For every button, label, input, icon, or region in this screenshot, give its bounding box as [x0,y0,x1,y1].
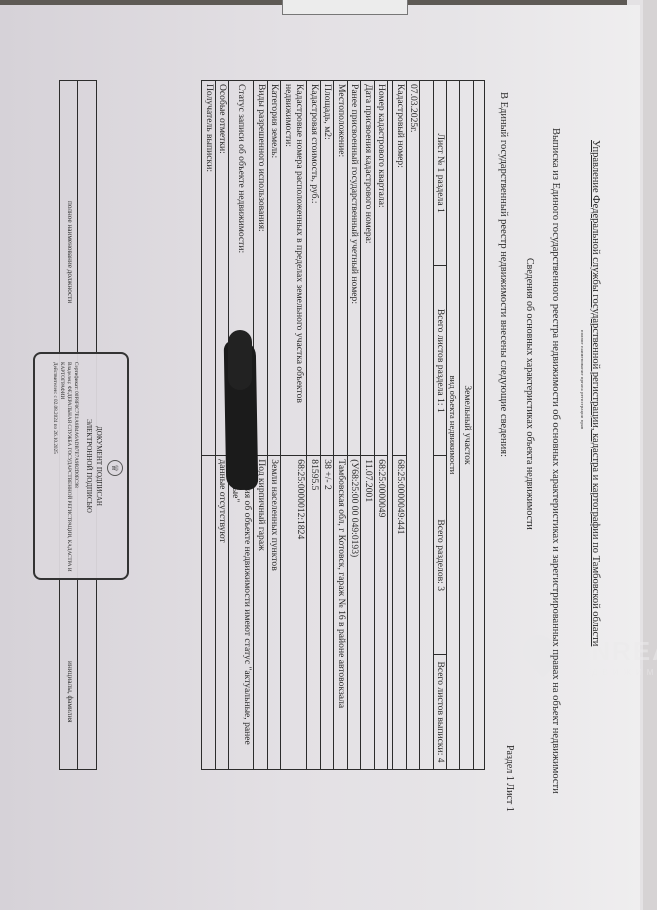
stamp-line1: ДОКУМЕНТ ПОДПИСАН [95,354,103,578]
stamp-owner: Владелец: ФЕДЕРАЛЬНАЯ СЛУЖБА ГОСУДАРСТВЕ… [58,362,72,574]
row-value: 81595.5 [307,456,321,770]
row-label: Кадастровая стоимость, руб.: [307,81,321,456]
watermark: ONREALT НЕДВИЖИМОСТЬ [519,630,657,690]
row-value: 68:25:0000049 [375,456,389,770]
watermark-tagline: НЕДВИЖИМОСТЬ [571,668,657,677]
row-value: 38 +/- 2 [321,456,335,770]
table-row: Дата присвоения кадастрового номера: 11.… [361,81,375,770]
row-label: Дата присвоения кадастрового номера: [361,81,375,456]
table-row: Площадь, м2: 38 +/- 2 [321,81,335,770]
authority-caption: полное наименование органа регистрации п… [580,330,585,429]
row-value: Тамбовская обл, г Котовск, гараж № 16 в … [334,456,348,770]
stamp-valid: Действителен: с 02.08.2024 по 26.10.2025 [51,362,58,574]
electronic-signature-stamp: ♕ ДОКУМЕНТ ПОДПИСАН ЭЛЕКТРОННОЙ ПОДПИСЬЮ… [33,352,129,580]
sections-total: Всего разделов: 3 [434,456,448,655]
table-spacer [474,81,485,770]
sheets-in-section: Всего листов раздела 1: 1 [434,266,448,456]
position-caption: полное наименование должности [66,201,74,303]
row-label: Категория земель: [268,81,282,456]
table-spacer [388,81,393,770]
row-label: Получатель выписки: [202,81,216,456]
object-type: Земельный участок [460,81,474,770]
stamp-line2: ЭЛЕКТРОННОЙ ПОДПИСЬЮ [85,354,93,578]
table-row: Получатель выписки: [202,81,216,770]
row-value: 11.07.2001 [361,456,375,770]
sheets-total: Всего листов выписки: 4 [434,655,448,770]
row-value: Земли населенных пунктов [268,456,282,770]
row-label: Кадастровые номера расположенных в преде… [281,81,307,456]
row-label: Местоположение: [334,81,348,456]
watermark-brand: ONREALT [569,636,657,667]
extract-date: 07.03.2025г. [407,81,421,770]
intro-text: В Единый государственный реестр недвижим… [498,92,509,457]
row-value: данные отсутствуют [216,456,230,770]
document-title: Выписка из Единого государственного реес… [550,128,561,794]
row-label: Площадь, м2: [321,81,335,456]
redaction-mark [228,330,252,390]
row-value: Под кирпичный гараж [254,456,268,770]
row-value [202,456,216,770]
table-row: Ранее присвоенный государственный учетны… [348,81,362,770]
table-row: Кадастровые номера расположенных в преде… [281,81,307,770]
section-sheet-label: Раздел 1 Лист 1 [504,745,515,812]
table-row: Местоположение: Тамбовская обл, г Котовс… [334,81,348,770]
table-row: Кадастровая стоимость, руб.: 81595.5 [307,81,321,770]
row-label: Номер кадастрового квартала: [375,81,389,456]
row-value: Сведения об объекте недвижимости имеют с… [229,456,254,770]
name-caption: инициалы, фамилия [66,661,74,722]
row-label: Ранее присвоенный государственный учетны… [348,81,362,456]
stamp-meta: Сертификат: 00F8F0C7E1A8B4A6ADB7E7A9B2D0… [51,362,79,574]
table-row: Категория земель: Земли населенных пункт… [268,81,282,770]
row-value: (У68:25:00 00 049:0193) [348,456,362,770]
table-row: Кадастровый номер: 68:25:0000049:441 [393,81,407,770]
table-row: Номер кадастрового квартала: 68:25:00000… [375,81,389,770]
sheet-label: Лист № 1 раздела 1 [434,81,448,266]
stamp-certificate: Сертификат: 00F8F0C7E1A8B4A6ADB7E7A9B2D0… [72,362,79,574]
egrn-extract-document: ONREALT НЕДВИЖИМОСТЬ Управление Федераль… [0,0,657,910]
row-value: 68:25:0000012:1824 [281,456,307,770]
row-value: 68:25:0000049:441 [393,456,407,770]
object-type-caption: вид объекта недвижимости [447,81,460,770]
authority-name: Управление Федеральной службы государств… [590,140,601,646]
table-spacer [420,81,434,770]
eagle-emblem-icon: ♕ [107,460,123,476]
row-label: Кадастровый номер: [393,81,407,456]
document-subtitle: Сведения об основных характеристиках объ… [524,258,535,530]
